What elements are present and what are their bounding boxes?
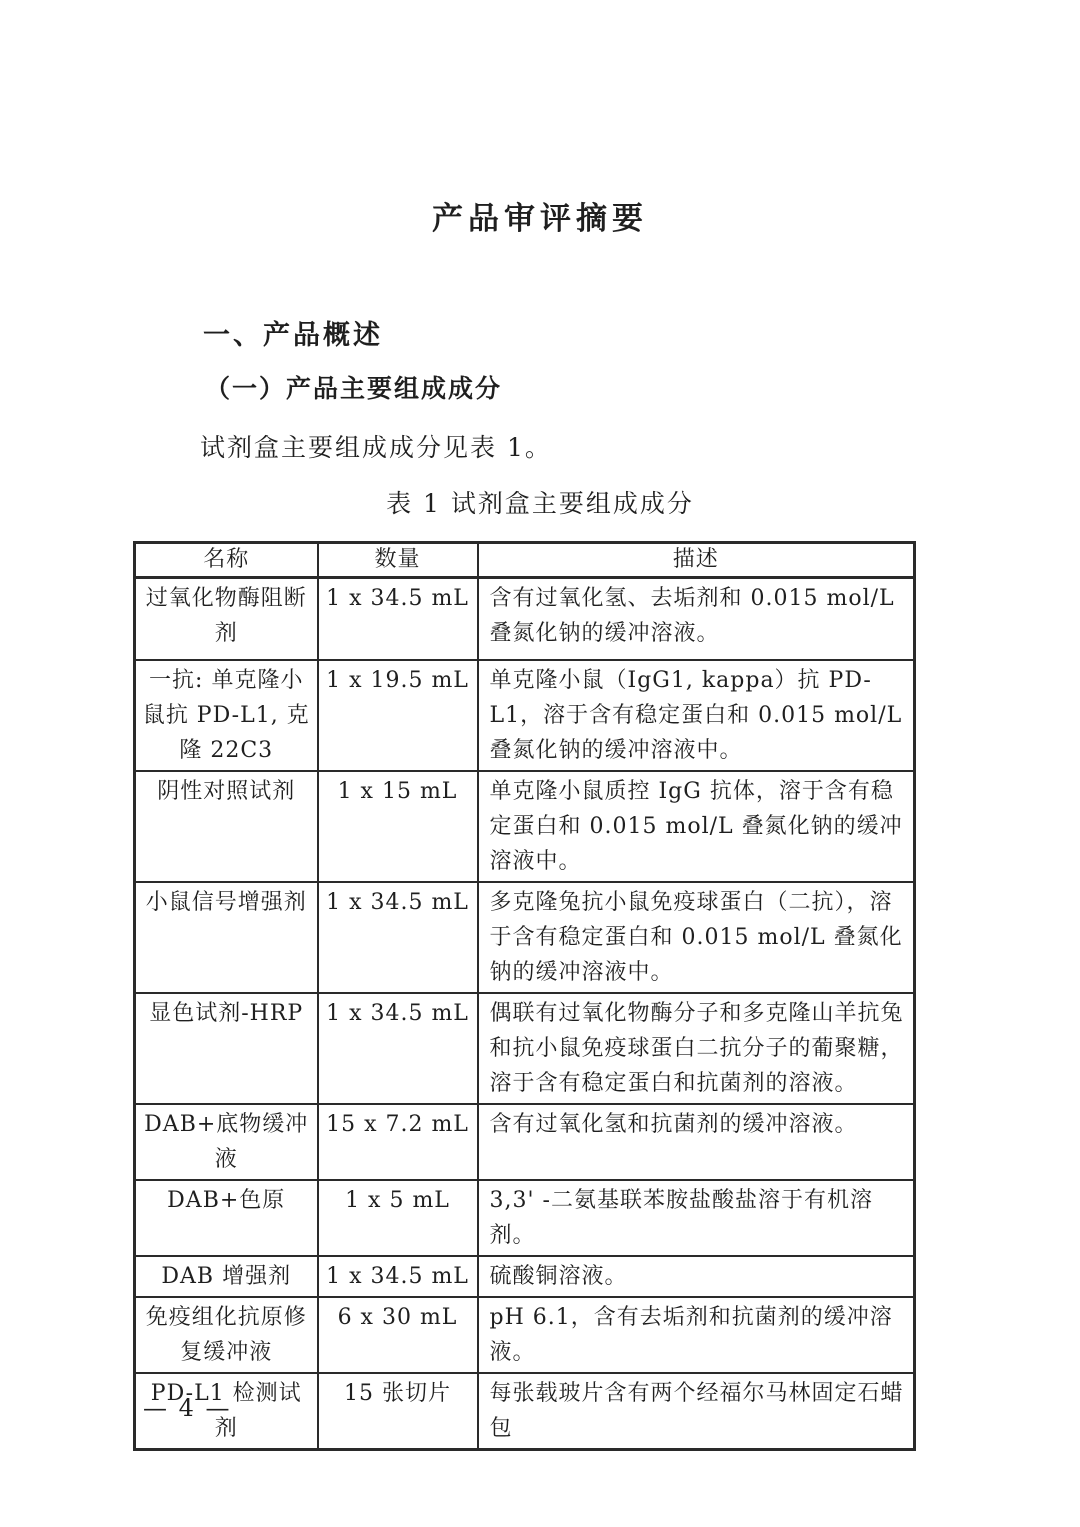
component-description-cell: 硫酸铜溶液。 — [478, 1256, 915, 1297]
component-quantity-cell: 15 x 7.2 mL — [318, 1104, 478, 1180]
component-quantity-cell: 1 x 19.5 mL — [318, 660, 478, 771]
document-page: 产品审评摘要 一、产品概述 （一）产品主要组成成分 试剂盒主要组成成分见表 1。… — [0, 0, 1080, 1527]
component-name-cell: 显色试剂-HRP — [135, 993, 318, 1104]
table-row: DAB+底物缓冲液15 x 7.2 mL含有过氧化氢和抗菌剂的缓冲溶液。 — [135, 1104, 915, 1180]
component-name-cell: DAB+底物缓冲液 — [135, 1104, 318, 1180]
page-number: — 4 — — [143, 1394, 232, 1422]
section-heading: 一、产品概述 — [203, 313, 383, 352]
component-description-cell: 偶联有过氧化物酶分子和多克隆山羊抗兔和抗小鼠免疫球蛋白二抗分子的葡聚糖，溶于含有… — [478, 993, 915, 1104]
component-name-cell: 过氧化物酶阻断剂 — [135, 578, 318, 660]
component-description-cell: 多克隆兔抗小鼠免疫球蛋白（二抗），溶于含有稳定蛋白和 0.015 mol/L 叠… — [478, 882, 915, 993]
component-description-cell: 单克隆小鼠质控 IgG 抗体，溶于含有稳定蛋白和 0.015 mol/L 叠氮化… — [478, 771, 915, 882]
component-description-cell: 单克隆小鼠（IgG1, kappa）抗 PD-L1，溶于含有稳定蛋白和 0.01… — [478, 660, 915, 771]
table-row: 显色试剂-HRP1 x 34.5 mL偶联有过氧化物酶分子和多克隆山羊抗兔和抗小… — [135, 993, 915, 1104]
components-table: 名称 数量 描述 过氧化物酶阻断剂1 x 34.5 mL含有过氧化氢、去垢剂和 … — [133, 541, 916, 1451]
page-title: 产品审评摘要 — [0, 193, 1080, 238]
column-header-description: 描述 — [478, 543, 915, 578]
table-row: PD-L1 检测试剂15 张切片每张载玻片含有两个经福尔马林固定石蜡包 — [135, 1373, 915, 1450]
component-description-cell: 每张载玻片含有两个经福尔马林固定石蜡包 — [478, 1373, 915, 1450]
table-header-row: 名称 数量 描述 — [135, 543, 915, 578]
column-header-quantity: 数量 — [318, 543, 478, 578]
component-description-cell: pH 6.1，含有去垢剂和抗菌剂的缓冲溶液。 — [478, 1297, 915, 1373]
component-quantity-cell: 1 x 34.5 mL — [318, 1256, 478, 1297]
component-quantity-cell: 6 x 30 mL — [318, 1297, 478, 1373]
table-row: 免疫组化抗原修复缓冲液6 x 30 mLpH 6.1，含有去垢剂和抗菌剂的缓冲溶… — [135, 1297, 915, 1373]
component-name-cell: 一抗: 单克隆小鼠抗 PD-L1, 克隆 22C3 — [135, 660, 318, 771]
component-quantity-cell: 1 x 5 mL — [318, 1180, 478, 1256]
table-row: 小鼠信号增强剂1 x 34.5 mL多克隆兔抗小鼠免疫球蛋白（二抗），溶于含有稳… — [135, 882, 915, 993]
component-name-cell: 免疫组化抗原修复缓冲液 — [135, 1297, 318, 1373]
subsection-heading: （一）产品主要组成成分 — [205, 369, 502, 405]
component-name-cell: 阴性对照试剂 — [135, 771, 318, 882]
table-row: 阴性对照试剂1 x 15 mL单克隆小鼠质控 IgG 抗体，溶于含有稳定蛋白和 … — [135, 771, 915, 882]
column-header-name: 名称 — [135, 543, 318, 578]
component-name-cell: DAB+色原 — [135, 1180, 318, 1256]
table-caption: 表 1 试剂盒主要组成成分 — [0, 484, 1080, 520]
table-row: DAB+色原1 x 5 mL3,3' -二氨基联苯胺盐酸盐溶于有机溶剂。 — [135, 1180, 915, 1256]
component-quantity-cell: 1 x 34.5 mL — [318, 578, 478, 660]
table-row: 一抗: 单克隆小鼠抗 PD-L1, 克隆 22C31 x 19.5 mL单克隆小… — [135, 660, 915, 771]
component-description-cell: 3,3' -二氨基联苯胺盐酸盐溶于有机溶剂。 — [478, 1180, 915, 1256]
table-row: DAB 增强剂1 x 34.5 mL硫酸铜溶液。 — [135, 1256, 915, 1297]
component-quantity-cell: 15 张切片 — [318, 1373, 478, 1450]
component-name-cell: 小鼠信号增强剂 — [135, 882, 318, 993]
component-quantity-cell: 1 x 15 mL — [318, 771, 478, 882]
component-name-cell: DAB 增强剂 — [135, 1256, 318, 1297]
table-row: 过氧化物酶阻断剂1 x 34.5 mL含有过氧化氢、去垢剂和 0.015 mol… — [135, 578, 915, 660]
component-quantity-cell: 1 x 34.5 mL — [318, 993, 478, 1104]
component-quantity-cell: 1 x 34.5 mL — [318, 882, 478, 993]
component-description-cell: 含有过氧化氢和抗菌剂的缓冲溶液。 — [478, 1104, 915, 1180]
component-description-cell: 含有过氧化氢、去垢剂和 0.015 mol/L 叠氮化钠的缓冲溶液。 — [478, 578, 915, 660]
intro-paragraph: 试剂盒主要组成成分见表 1。 — [200, 428, 552, 464]
